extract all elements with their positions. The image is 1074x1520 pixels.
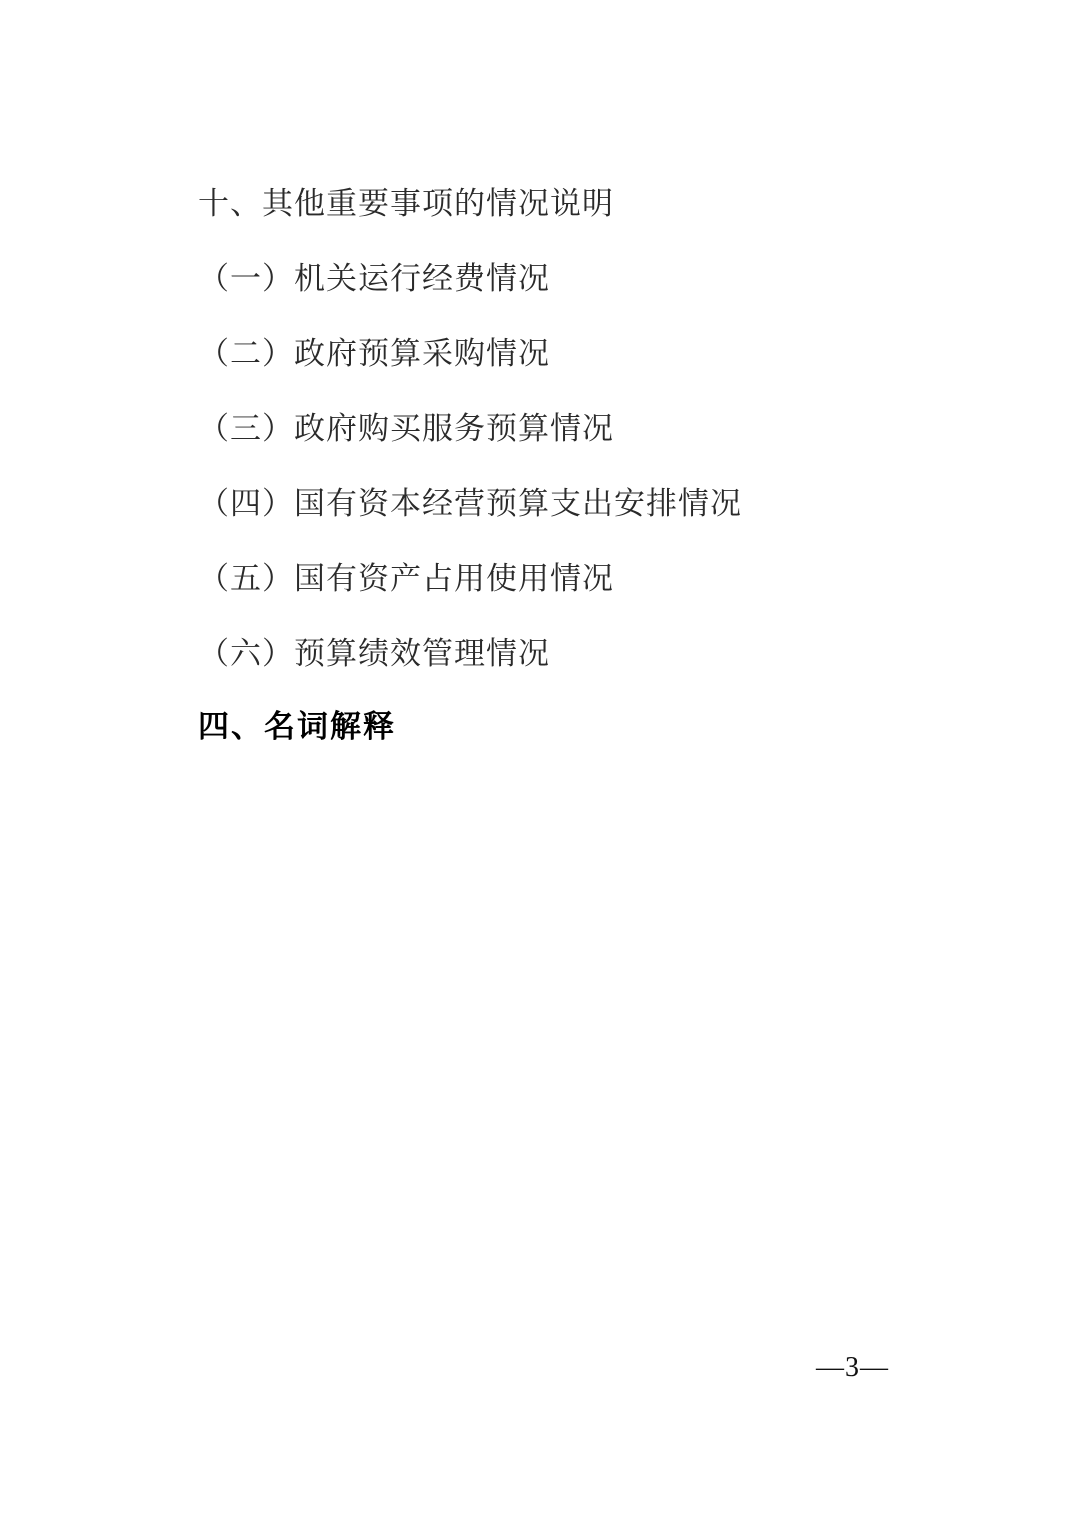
toc-line-state-capital-operating-budget: （四）国有资本经营预算支出安排情况: [198, 485, 742, 523]
toc-line-government-purchased-services-budget: （三）政府购买服务预算情况: [198, 410, 614, 448]
toc-line-state-asset-usage: （五）国有资产占用使用情况: [198, 560, 614, 598]
toc-line-other-important-matters: 十、其他重要事项的情况说明: [198, 185, 614, 223]
section-heading-glossary: 四、名词解释: [198, 708, 396, 746]
toc-line-government-procurement-budget: （二）政府预算采购情况: [198, 335, 550, 373]
toc-line-budget-performance-management: （六）预算绩效管理情况: [198, 635, 550, 673]
toc-line-agency-operating-funds: （一）机关运行经费情况: [198, 260, 550, 298]
page-number: —3—: [816, 1352, 889, 1384]
document-page: 十、其他重要事项的情况说明 （一）机关运行经费情况 （二）政府预算采购情况 （三…: [0, 0, 1074, 1520]
